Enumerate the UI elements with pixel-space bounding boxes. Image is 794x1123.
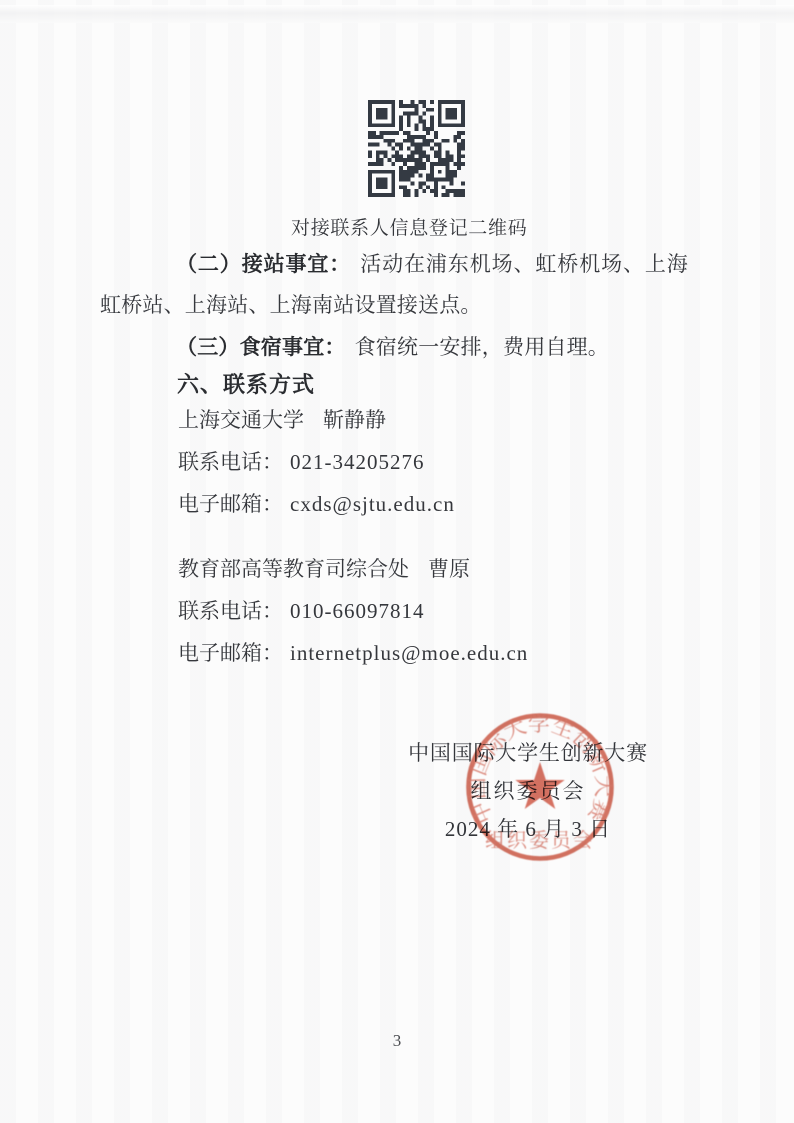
signature-org-line1: 中国国际大学生创新大赛 bbox=[400, 734, 656, 772]
signature-block: 中国国际大学生创新大赛 组织委员会 2024 年 6 月 3 日 bbox=[400, 734, 656, 848]
paragraph-pickup: （二）接站事宜：活动在浦东机场、虹桥机场、上海虹桥站、上海站、上海南站设置接送点… bbox=[100, 244, 688, 326]
paragraph-meals: （三）食宿事宜：食宿统一安排，费用自理。 bbox=[100, 327, 688, 368]
contact-email-line: 电子邮箱：cxds@sjtu.edu.cn bbox=[178, 483, 455, 525]
email-address: cxds@sjtu.edu.cn bbox=[290, 492, 455, 516]
contact-block-moe: 教育部高等教育司综合处曹原 联系电话：010-66097814 电子邮箱：int… bbox=[178, 548, 528, 674]
qr-code-icon bbox=[368, 100, 465, 197]
contact-person: 曹原 bbox=[428, 557, 470, 581]
contact-org: 教育部高等教育司综合处 bbox=[178, 557, 409, 581]
phone-label: 联系电话： bbox=[178, 599, 283, 623]
phone-number: 021-34205276 bbox=[290, 450, 425, 474]
scan-shadow-band bbox=[0, 5, 794, 23]
page-number: 3 bbox=[0, 1031, 794, 1051]
paragraph-pickup-label: （二）接站事宜： bbox=[176, 252, 351, 276]
phone-number: 010-66097814 bbox=[290, 599, 425, 623]
email-label: 电子邮箱： bbox=[178, 492, 283, 516]
contact-email-line: 电子邮箱：internetplus@moe.edu.cn bbox=[178, 632, 528, 674]
paragraph-meals-text: 食宿统一安排，费用自理。 bbox=[355, 335, 609, 359]
contact-org: 上海交通大学 bbox=[178, 408, 304, 432]
paragraph-meals-label: （三）食宿事宜： bbox=[176, 335, 346, 359]
qr-caption: 对接联系人信息登记二维码 bbox=[291, 213, 527, 240]
contact-phone-line: 联系电话：010-66097814 bbox=[178, 590, 528, 632]
contact-person: 靳静静 bbox=[323, 408, 386, 432]
document-page: 对接联系人信息登记二维码 （二）接站事宜：活动在浦东机场、虹桥机场、上海虹桥站、… bbox=[0, 0, 794, 1123]
signature-org-line2: 组织委员会 bbox=[400, 772, 656, 810]
signature-date: 2024 年 6 月 3 日 bbox=[400, 810, 656, 848]
contact-org-line: 教育部高等教育司综合处曹原 bbox=[178, 548, 528, 590]
phone-label: 联系电话： bbox=[178, 450, 283, 474]
contact-phone-line: 联系电话：021-34205276 bbox=[178, 441, 455, 483]
section-heading-contact: 六、联系方式 bbox=[177, 368, 315, 399]
contact-org-line: 上海交通大学靳静静 bbox=[178, 399, 455, 441]
email-address: internetplus@moe.edu.cn bbox=[290, 641, 528, 665]
contact-block-sjtu: 上海交通大学靳静静 联系电话：021-34205276 电子邮箱：cxds@sj… bbox=[178, 399, 455, 525]
email-label: 电子邮箱： bbox=[178, 641, 283, 665]
